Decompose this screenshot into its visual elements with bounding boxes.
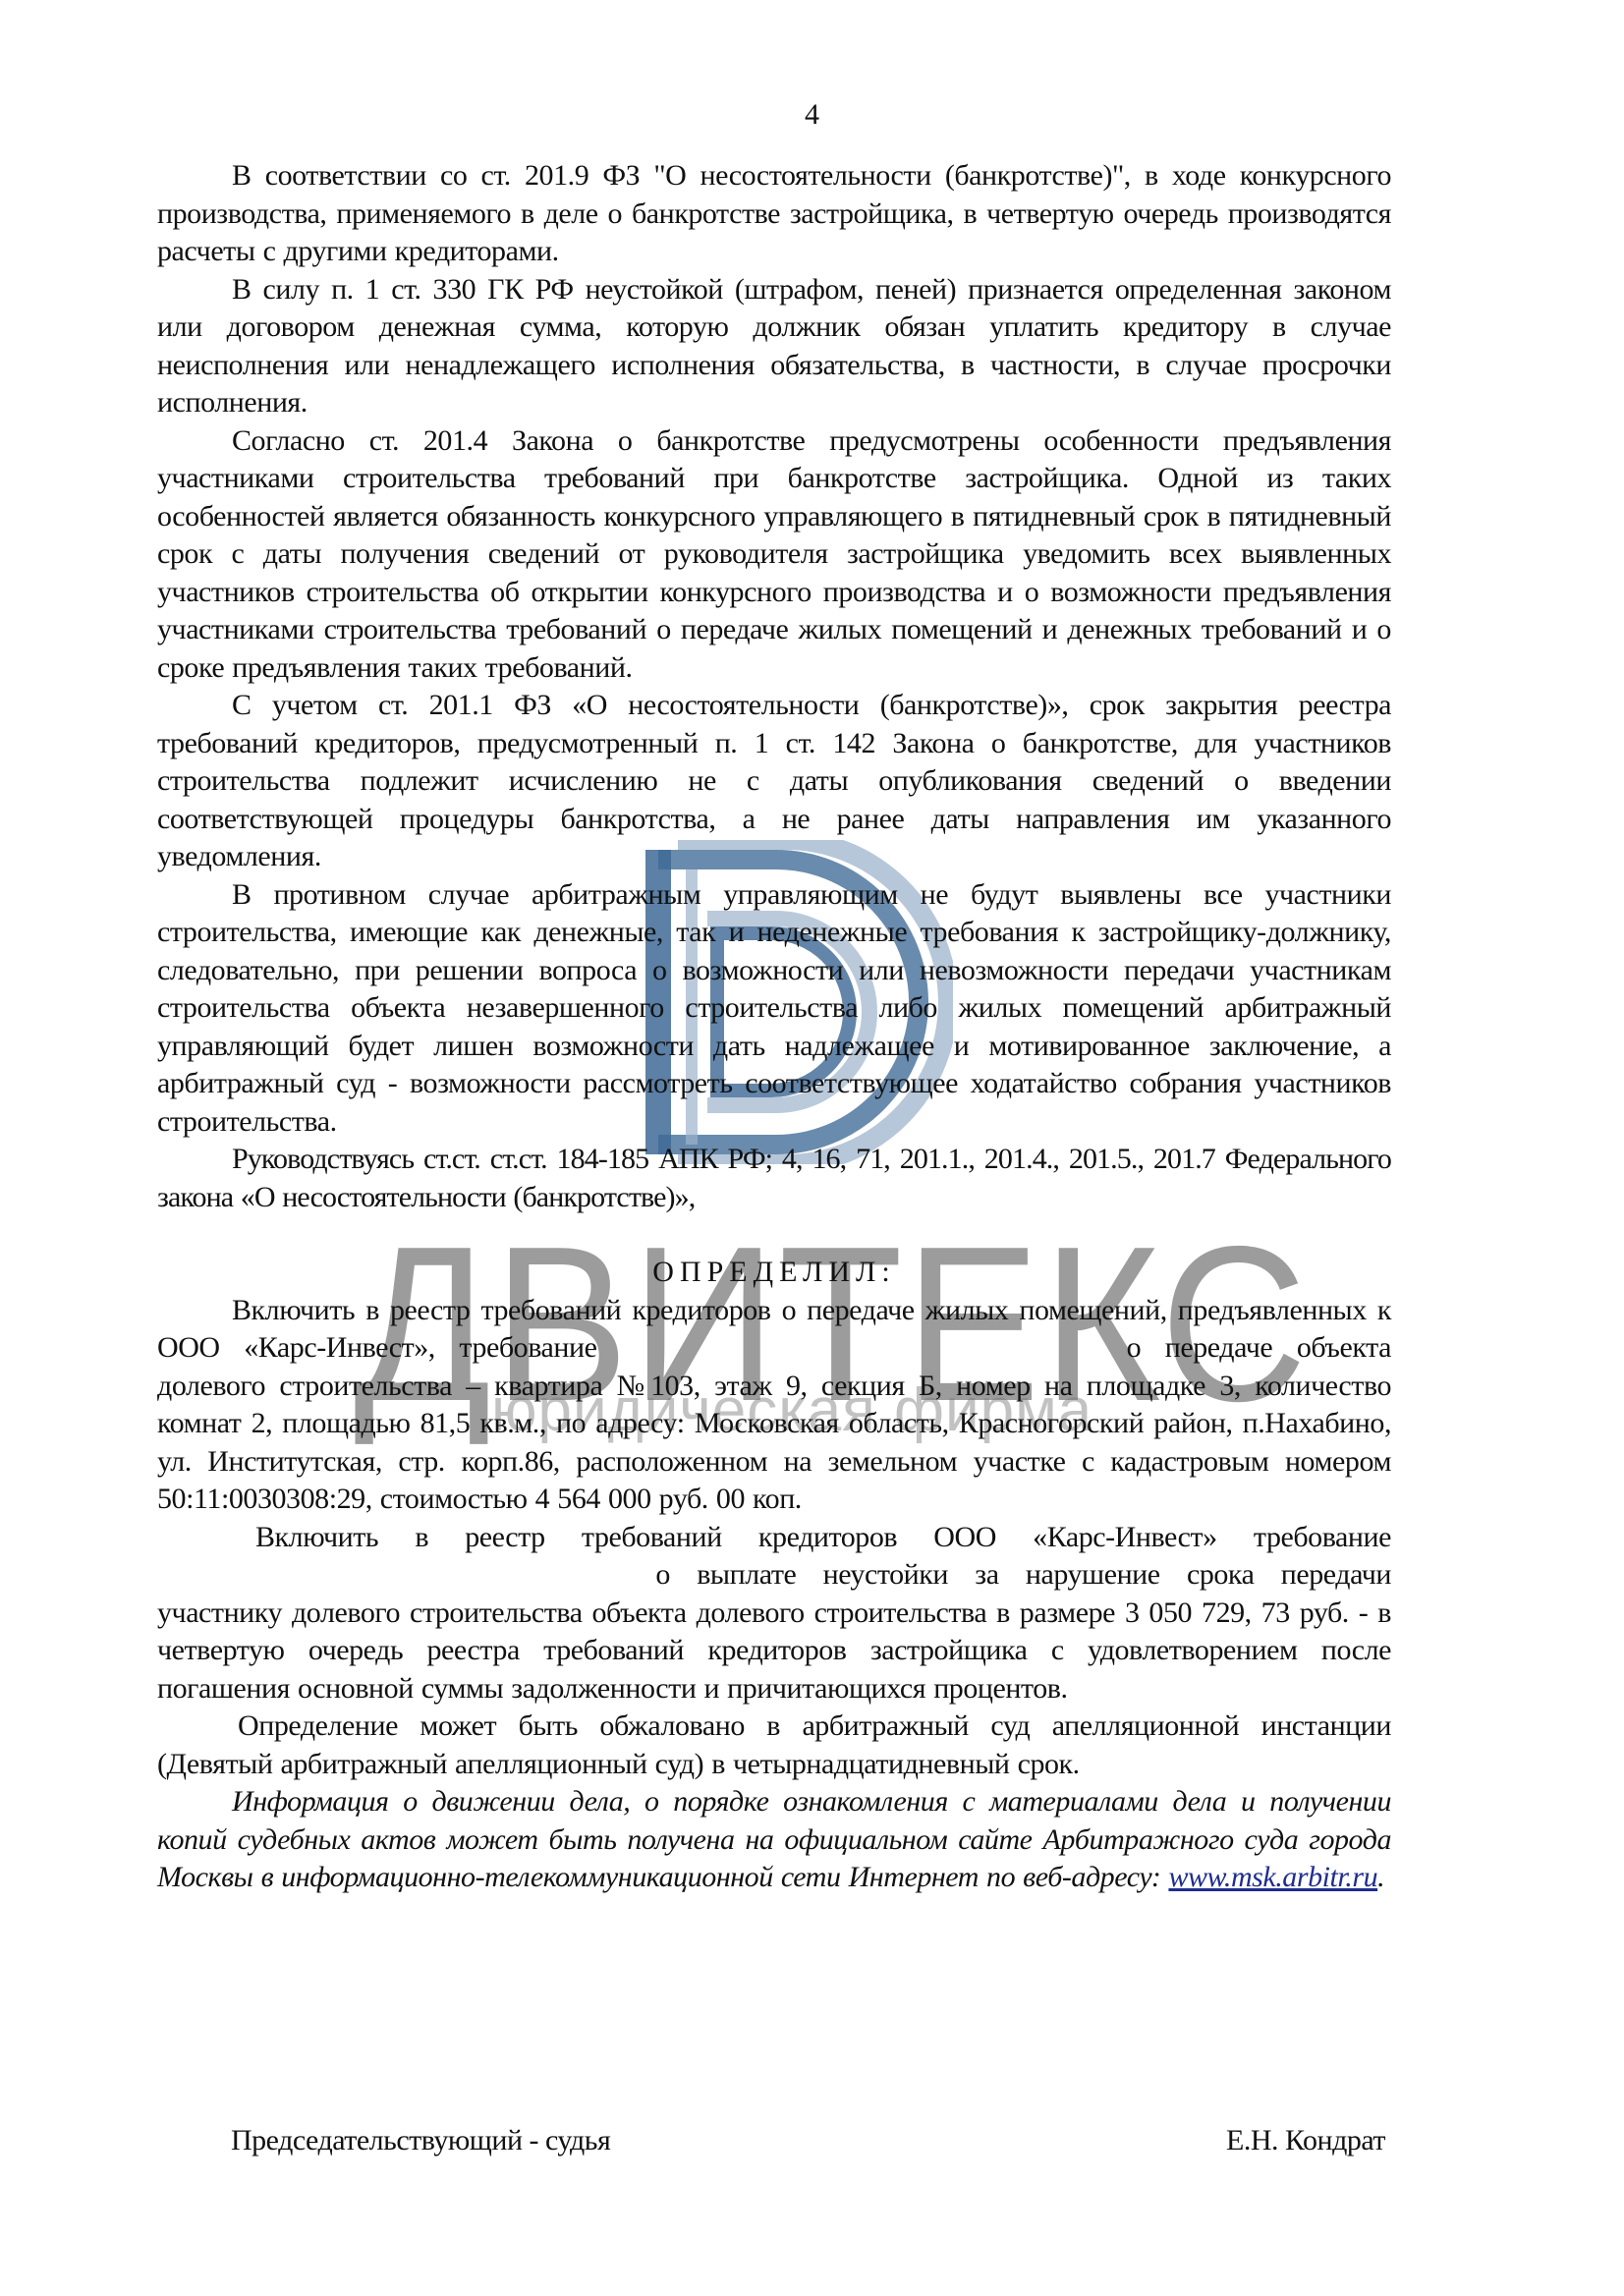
paragraph-2: В силу п. 1 ст. 330 ГК РФ неустойкой (шт… xyxy=(157,271,1391,422)
signature-name: Е.Н. Кондрат xyxy=(1226,2122,1385,2159)
ruling-heading: ОПРЕДЕЛИЛ: xyxy=(157,1254,1391,1292)
appeal-paragraph: Определение может быть обжаловано в арби… xyxy=(157,1708,1391,1783)
info-paragraph: Информация о движении дела, о порядке оз… xyxy=(157,1783,1391,1897)
paragraph-3: Согласно ст. 201.4 Закона о банкротстве … xyxy=(157,422,1391,688)
ruling-2-part-a: Включить в реестр требований кредиторов … xyxy=(255,1521,1391,1553)
ruling-1: Включить в реестр требований кредиторов … xyxy=(157,1292,1391,1519)
court-website-link[interactable]: www.msk.arbitr.ru xyxy=(1168,1861,1377,1893)
paragraph-4: С учетом ст. 201.1 ФЗ «О несостоятельнос… xyxy=(157,687,1391,876)
page-number: 4 xyxy=(0,96,1624,134)
paragraph-5: В противном случае арбитражным управляющ… xyxy=(157,876,1391,1142)
ruling-2: Включить в реестр требований кредиторов … xyxy=(157,1519,1391,1708)
signature-block: Председательствующий - судья Е.Н. Кондра… xyxy=(231,2122,1385,2159)
info-end: . xyxy=(1377,1861,1384,1893)
document-body: В соответствии со ст. 201.9 ФЗ "О несост… xyxy=(157,157,1391,1897)
paragraph-6: Руководствуясь ст.ст. ст.ст. 184-185 АПК… xyxy=(157,1141,1391,1216)
ruling-2-part-b: о выплате неустойки за нарушение срока п… xyxy=(157,1558,1391,1705)
paragraph-1: В соответствии со ст. 201.9 ФЗ "О несост… xyxy=(157,157,1391,271)
signature-role: Председательствующий - судья xyxy=(231,2122,610,2159)
